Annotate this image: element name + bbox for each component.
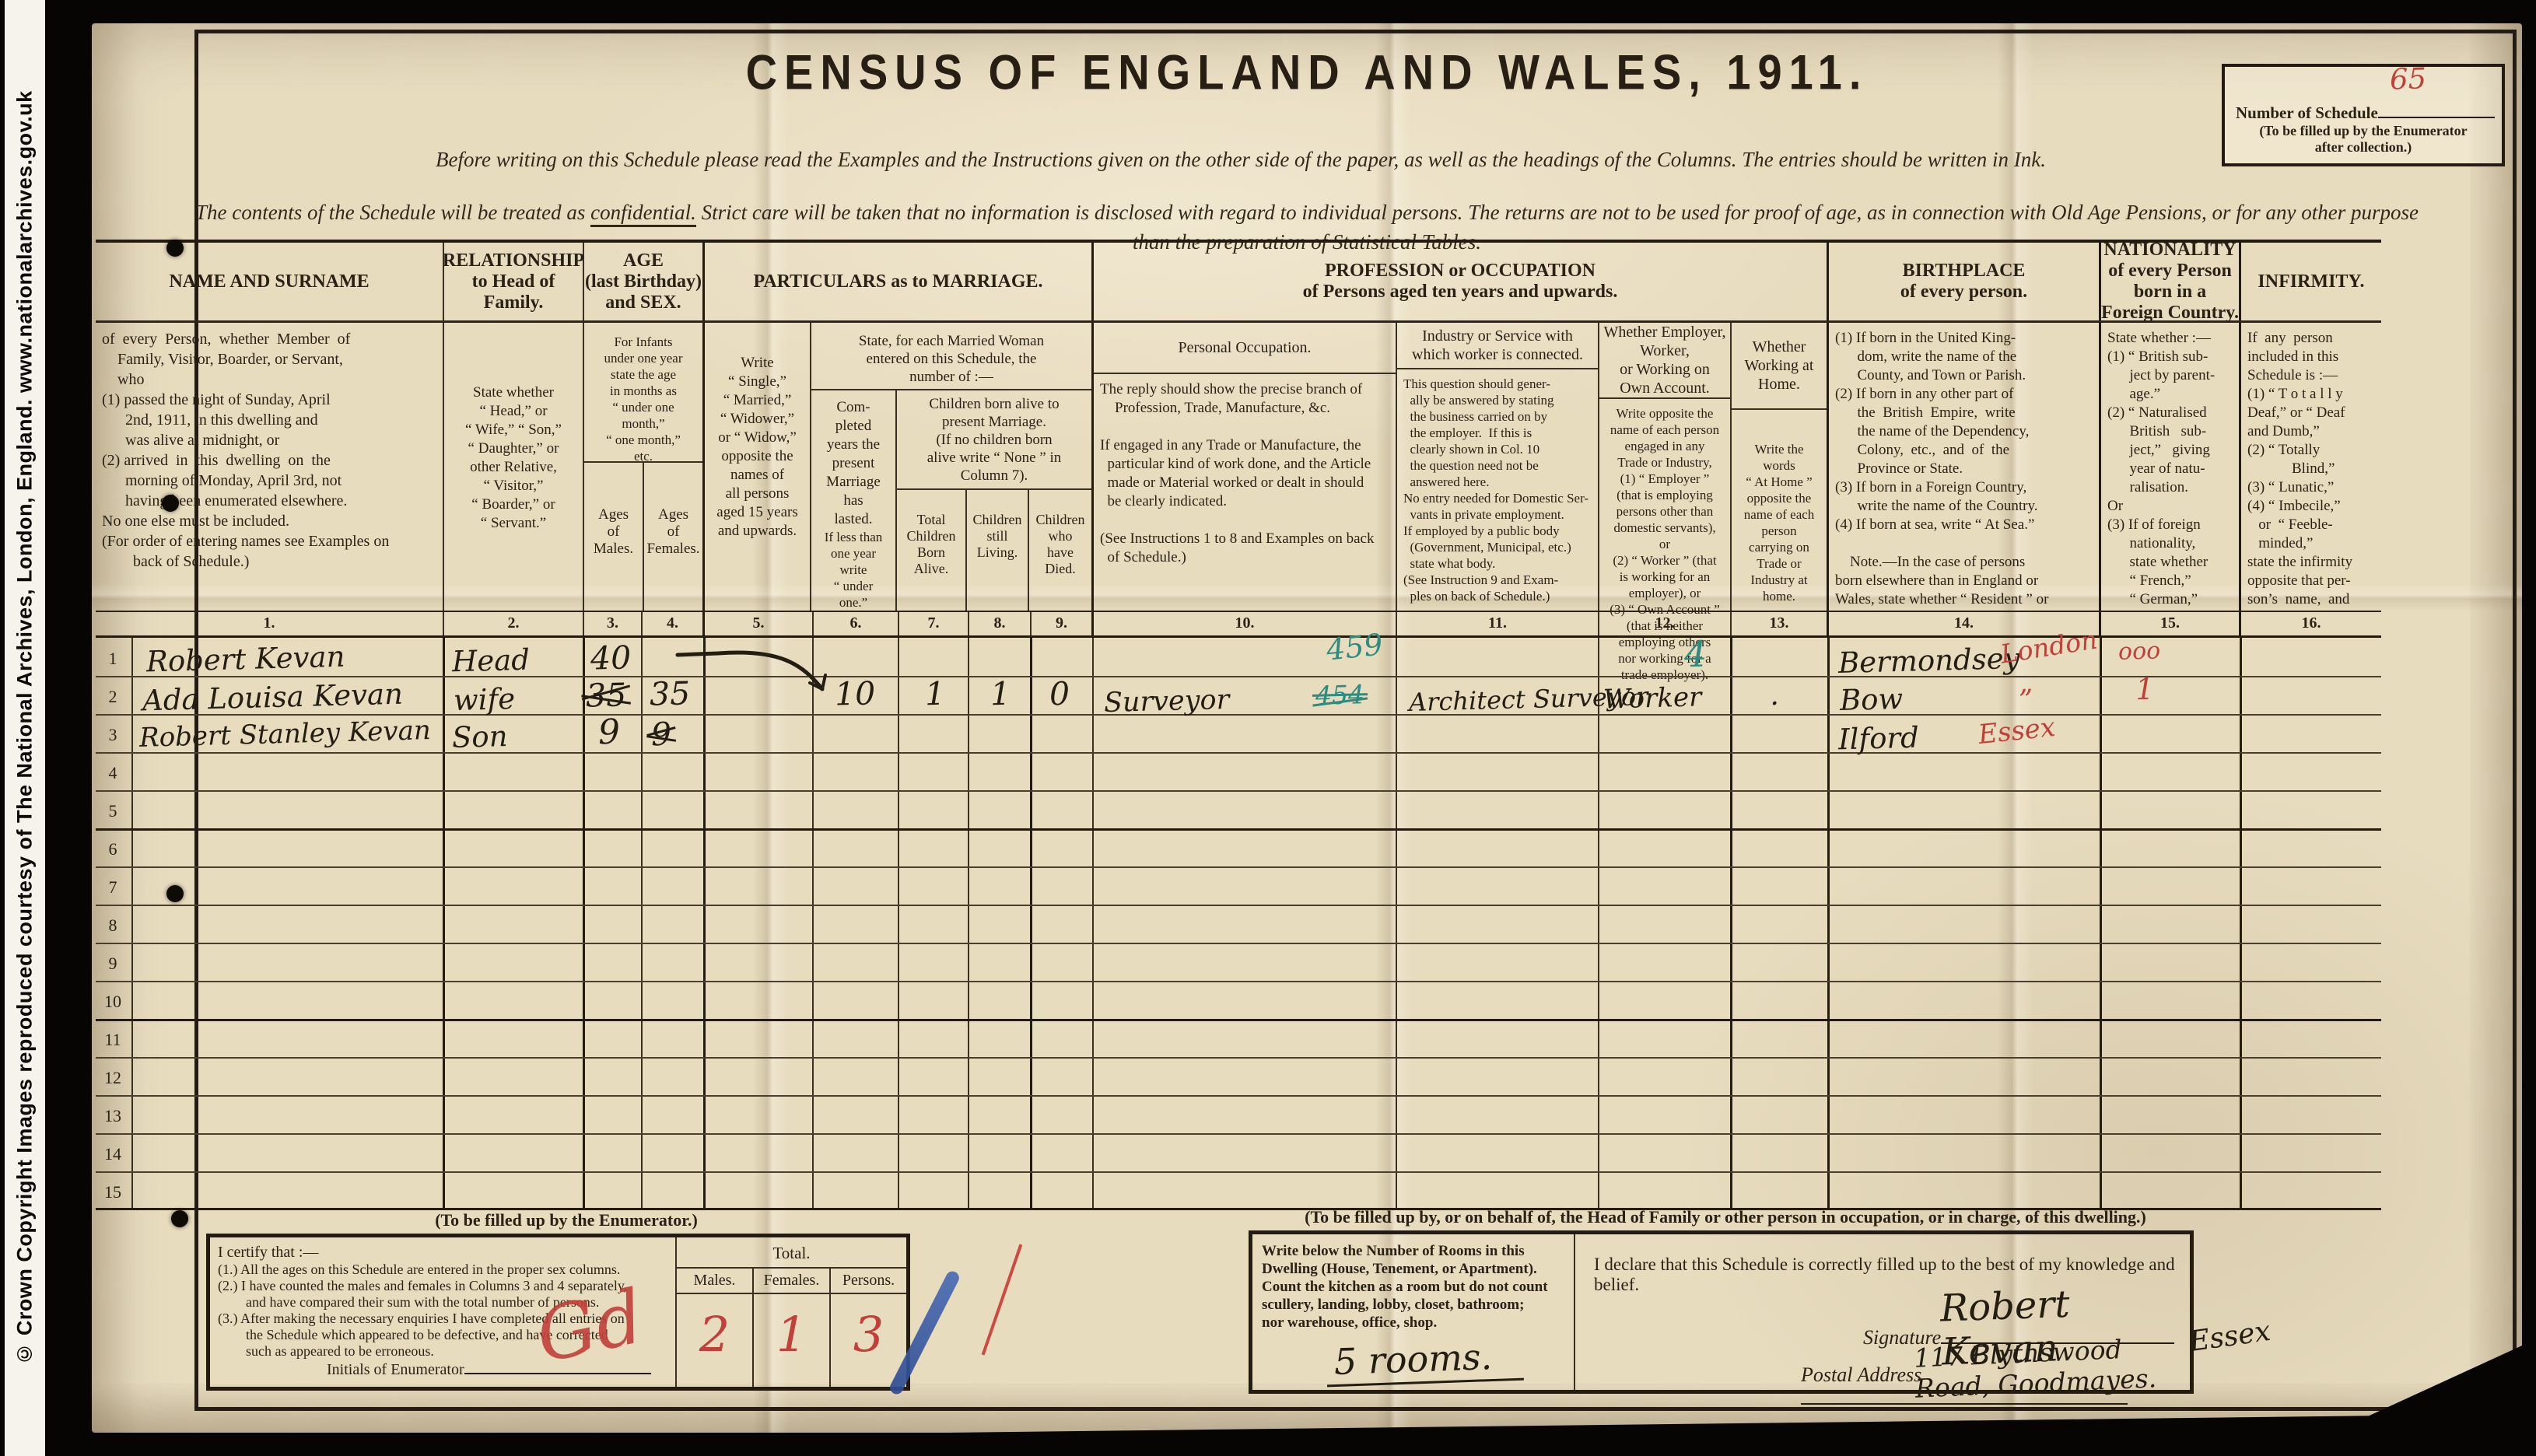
intro-confidential-word: confidential. bbox=[590, 201, 696, 227]
row-number: 3 bbox=[96, 725, 130, 745]
totals-persons: Persons. 3 bbox=[831, 1269, 906, 1387]
entry-occupation-code-struck: 454 bbox=[1315, 679, 1365, 711]
entry-birthplace-annotation: Essex bbox=[1977, 712, 2057, 751]
postal-address-value: 117 Blythswood Road, Goodmayes. bbox=[1913, 1331, 2191, 1403]
entry-name: Ada Louisa Kevan bbox=[142, 677, 403, 718]
col-employer-title: Whether Employer, Worker, or Working on … bbox=[1599, 323, 1730, 399]
copyright-text: © Crown Copyright Images reproduced cour… bbox=[13, 90, 37, 1365]
col-home-instructions: Write the words “ At Home ” opposite the… bbox=[1732, 410, 1827, 611]
entry-age-males: 9 bbox=[597, 712, 620, 753]
col-number: 7. bbox=[899, 612, 969, 635]
entry-children-died: 0 bbox=[1049, 675, 1070, 713]
totals-box: Total. Males. 2 Females. 1 Persons. 3 bbox=[677, 1237, 906, 1387]
row-number: 15 bbox=[96, 1182, 130, 1202]
hole-punch bbox=[166, 885, 184, 902]
col-name-instructions: of every Person, whether Member of Famil… bbox=[96, 323, 443, 578]
col-children-born-label: Total Children Born Alive. bbox=[897, 490, 967, 611]
hole-punch bbox=[166, 240, 184, 257]
census-form: CENSUS OF ENGLAND AND WALES, 1911. Befor… bbox=[92, 23, 2522, 1433]
entry-occupation-code: 459 bbox=[1325, 627, 1385, 667]
col-number: 12. bbox=[1599, 612, 1732, 635]
row-number: 7 bbox=[96, 877, 130, 898]
scan-background: © Crown Copyright Images reproduced cour… bbox=[0, 0, 2536, 1456]
entry-employer-status: Worker bbox=[1603, 681, 1701, 715]
hole-punch bbox=[171, 1210, 188, 1227]
col-number: 13. bbox=[1732, 612, 1829, 635]
entry-age-struck: 35 bbox=[585, 676, 626, 714]
col-industry-title: Industry or Service with which worker is… bbox=[1397, 323, 1598, 369]
col-infirmity-title: INFIRMITY. bbox=[2258, 271, 2364, 292]
entry-children-born: 1 bbox=[924, 675, 945, 713]
entry-name: Robert Stanley Kevan bbox=[139, 715, 432, 754]
col-birthplace-title: BIRTHPLACE of every person. bbox=[1900, 261, 2027, 303]
row-number: 5 bbox=[96, 801, 130, 821]
rooms-box: Write below the Number of Rooms in this … bbox=[1252, 1234, 1575, 1390]
table-header-groups: NAME AND SURNAME RELATIONSHIP to Head of… bbox=[96, 243, 2381, 323]
col-profession-title: PROFESSION or OCCUPATION of Persons aged… bbox=[1303, 261, 1618, 303]
row-number: 6 bbox=[96, 839, 130, 859]
col-number: 3. bbox=[584, 612, 643, 635]
col-marriage-completed: Com- pleted years the present Marriage h… bbox=[811, 390, 895, 529]
table-body: 1 2 3 4 5 6 7 8 9 10 11 12 13 14 15 Robe… bbox=[96, 638, 2381, 1209]
col-number: 2. bbox=[444, 612, 584, 635]
census-table: NAME AND SURNAME RELATIONSHIP to Head of… bbox=[96, 240, 2381, 1200]
schedule-number-value: 65 bbox=[2389, 61, 2426, 96]
row-number: 9 bbox=[96, 954, 130, 974]
enumerator-certification: I certify that :— (1.) All the ages on t… bbox=[210, 1237, 677, 1387]
household-heading: (To be filled up by, or on behalf of, th… bbox=[1181, 1207, 2270, 1227]
entry-birthplace: Bermondsey bbox=[1837, 642, 2019, 680]
col-age-title: AGE (last Birthday) and SEX. bbox=[585, 250, 702, 313]
col-age-males-label: Ages of Males. bbox=[584, 463, 644, 611]
col-number: 8. bbox=[969, 612, 1032, 635]
col-name-title: NAME AND SURNAME bbox=[169, 271, 369, 292]
col-birthplace-instructions: (1) If born in the United King- dom, wri… bbox=[1829, 323, 2099, 611]
schedule-number-box: Number of Schedule (To be filled up by t… bbox=[2222, 64, 2505, 166]
col-marriage-single-instructions: Write “ Single,” “ Married,” “ Widower,”… bbox=[705, 323, 811, 611]
rooms-value: 5 rooms. bbox=[1326, 1335, 1524, 1388]
entry-nationality-mark: 1 bbox=[2135, 672, 2154, 707]
females-value: 1 bbox=[754, 1306, 829, 1363]
intro-line-1: Before writing on this Schedule please r… bbox=[224, 148, 2258, 172]
schedule-number-note: (To be filled up by the Enumerator after… bbox=[2225, 123, 2502, 156]
col-industry-instructions: This question should gener- ally be answ… bbox=[1397, 369, 1598, 611]
col-nationality-instructions: State whether :— (1) “ British sub- ject… bbox=[2101, 323, 2239, 611]
col-personal-occupation-instructions: The reply should show the precise branch… bbox=[1094, 374, 1396, 573]
col-children-died-label: Children who have Died. bbox=[1029, 490, 1091, 611]
row-number: 14 bbox=[96, 1144, 130, 1164]
entry-occupation: Surveyor bbox=[1104, 684, 1230, 719]
form-title: CENSUS OF ENGLAND AND WALES, 1911. bbox=[92, 44, 2522, 100]
row-number: 12 bbox=[96, 1068, 130, 1088]
entry-relationship: Head bbox=[451, 643, 530, 679]
col-marriage-title: PARTICULARS as to MARRIAGE. bbox=[753, 271, 1042, 292]
entry-relationship: wife bbox=[453, 682, 515, 717]
col-age-instructions: For Infants under one year state the age… bbox=[584, 323, 702, 461]
females-label: Females. bbox=[754, 1269, 829, 1294]
col-number: 9. bbox=[1032, 612, 1094, 635]
row-number: 4 bbox=[96, 763, 130, 783]
entry-birthplace-ditto: ” bbox=[2018, 684, 2033, 716]
intro-line-2: The contents of the Schedule will be tre… bbox=[123, 201, 2491, 225]
entry-birthplace: Bow bbox=[1839, 682, 1903, 717]
entry-name: Robert Kevan bbox=[145, 640, 345, 679]
entry-age-struck: 9 bbox=[650, 716, 671, 754]
entry-years-married: 10 bbox=[834, 674, 875, 712]
rooms-instructions: Write below the Number of Rooms in this … bbox=[1262, 1242, 1564, 1332]
col-personal-occupation-title: Personal Occupation. bbox=[1094, 323, 1396, 374]
col-number: 5. bbox=[705, 612, 814, 635]
col-number: 4. bbox=[643, 612, 705, 635]
col-relationship-instructions: State whether “ Head,” or “ Wife,” “ Son… bbox=[444, 323, 583, 539]
torn-bottom-edge bbox=[947, 1414, 2522, 1433]
declaration-box: I declare that this Schedule is correctl… bbox=[1575, 1234, 2190, 1390]
row-number: 1 bbox=[96, 649, 130, 669]
col-children-living-label: Children still Living. bbox=[967, 490, 1029, 611]
col-number: 15. bbox=[2101, 612, 2241, 635]
col-marriage-woman-note: State, for each Married Woman entered on… bbox=[811, 323, 1091, 390]
col-nationality-title: NATIONALITY of every Person born in a Fo… bbox=[2101, 240, 2239, 324]
copyright-strip: © Crown Copyright Images reproduced cour… bbox=[5, 0, 45, 1456]
col-infirmity-instructions: If any person included in this Schedule … bbox=[2241, 323, 2381, 611]
hole-punch bbox=[162, 495, 179, 512]
enumerator-heading: (To be filled up by the Enumerator.) bbox=[247, 1210, 885, 1230]
schedule-number-label: Number of Schedule bbox=[2236, 101, 2491, 123]
entry-children-living: 1 bbox=[990, 675, 1011, 713]
entry-employer-code: 4 bbox=[1683, 633, 1708, 676]
col-marriage-completed-note: If less than one year write “ under one.… bbox=[811, 529, 895, 611]
persons-value: 3 bbox=[831, 1306, 906, 1363]
entry-birthplace-annotation-2: ooo bbox=[2118, 637, 2161, 665]
males-label: Males. bbox=[677, 1269, 752, 1294]
enumerator-box: I certify that :— (1.) All the ages on t… bbox=[206, 1234, 910, 1391]
col-number: 1. bbox=[96, 612, 444, 635]
totals-females: Females. 1 bbox=[754, 1269, 831, 1387]
entry-age-females: 35 bbox=[649, 674, 690, 712]
intro-confidential-pre: The contents of the Schedule will be tre… bbox=[195, 201, 590, 224]
row-number: 2 bbox=[96, 687, 130, 707]
totals-title: Total. bbox=[677, 1237, 906, 1269]
row-number: 13 bbox=[96, 1106, 130, 1126]
entry-birthplace: Ilford bbox=[1837, 721, 1919, 757]
schedule-number-line bbox=[2378, 101, 2495, 118]
table-header-instructions: of every Person, whether Member of Famil… bbox=[96, 323, 2381, 611]
persons-label: Persons. bbox=[831, 1269, 906, 1294]
row-number: 11 bbox=[96, 1030, 130, 1050]
household-box: Write below the Number of Rooms in this … bbox=[1249, 1230, 2194, 1394]
intro-confidential-post: Strict care will be taken that no inform… bbox=[696, 201, 2419, 224]
entry-age-males: 40 bbox=[590, 639, 631, 677]
entry-relationship: Son bbox=[451, 719, 508, 754]
certify-item-1: (1.) All the ages on this Schedule are e… bbox=[218, 1262, 667, 1278]
certify-intro: I certify that :— bbox=[218, 1244, 667, 1262]
males-value: 2 bbox=[677, 1306, 752, 1363]
col-relationship-title: RELATIONSHIP to Head of Family. bbox=[443, 250, 584, 313]
col-number: 16. bbox=[2241, 612, 2381, 635]
col-age-females-label: Ages of Females. bbox=[644, 463, 702, 611]
col-home-title: Whether Working at Home. bbox=[1732, 323, 1827, 410]
row-number: 10 bbox=[96, 992, 130, 1012]
totals-males: Males. 2 bbox=[677, 1269, 754, 1387]
row-number: 8 bbox=[96, 915, 130, 936]
col-number: 6. bbox=[814, 612, 899, 635]
col-number: 11. bbox=[1397, 612, 1599, 635]
entry-at-home: . bbox=[1769, 678, 1779, 712]
col-marriage-children-note: Children born alive to present Marriage.… bbox=[897, 390, 1091, 490]
